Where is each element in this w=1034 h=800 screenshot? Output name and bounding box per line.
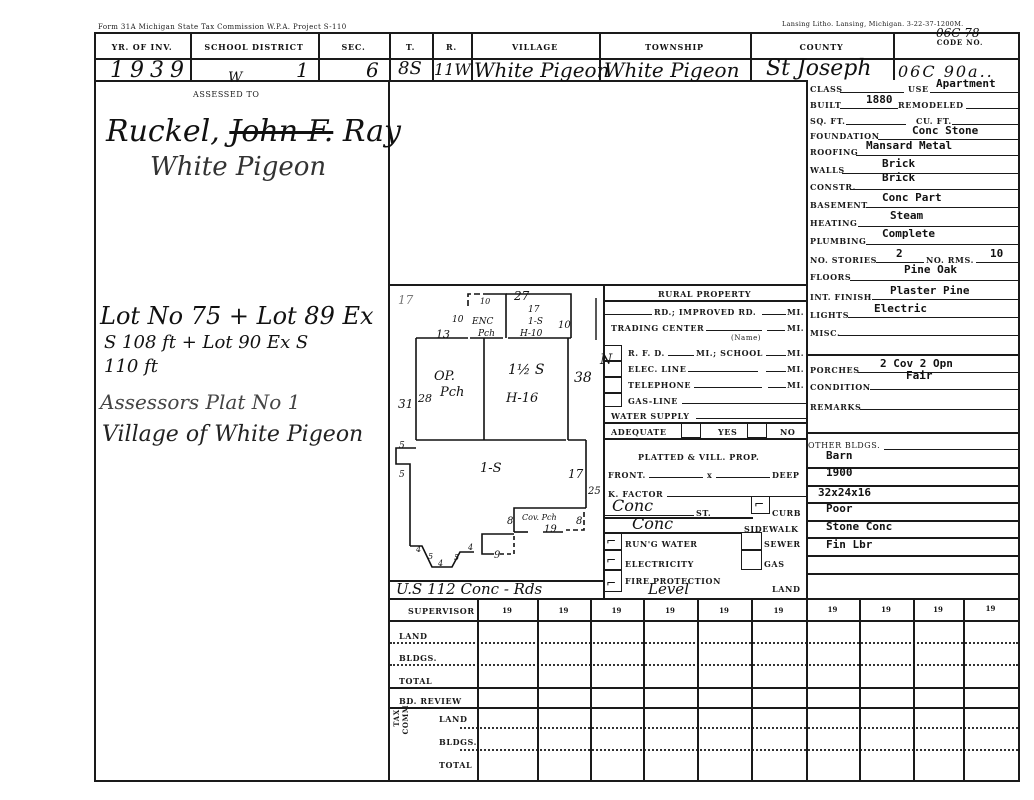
legal-description-line-2: S 108 ft + Lot 90 Ex S <box>104 332 308 353</box>
deep-label: DEEP <box>772 470 800 480</box>
telephone-mi-underline <box>768 387 786 388</box>
svg-text:8: 8 <box>507 516 513 527</box>
header-label-school-district: SCHOOL DISTRICT <box>190 42 318 52</box>
frame-bottom <box>94 780 1020 782</box>
year-column-9: 19 <box>913 605 963 614</box>
adequate-no-checkbox[interactable] <box>747 422 767 438</box>
svg-text:1-S: 1-S <box>480 461 502 476</box>
gas-line-underline <box>682 403 806 404</box>
curb-checkmark-icon: ⌐ <box>754 497 764 511</box>
use-value[interactable]: Apartment <box>936 77 996 90</box>
no-stories-value[interactable]: 2 <box>896 247 903 260</box>
township-number-value[interactable]: 8S <box>398 58 422 79</box>
floors-value[interactable]: Pine Oak <box>904 263 957 276</box>
other-building-line-6[interactable]: Fin Lbr <box>826 538 872 551</box>
valuation-bd-review-bottom <box>388 707 1019 709</box>
valuation-col-divider <box>859 598 861 780</box>
basement-value[interactable]: Conc Part <box>882 191 942 204</box>
floors-label: FLOORS <box>810 272 851 282</box>
trading-center-mi-label: MI. <box>787 323 804 333</box>
school-district-value[interactable]: 1 <box>296 58 309 82</box>
svg-text:8: 8 <box>576 516 582 527</box>
elec-line-mi-underline <box>766 371 786 372</box>
col-divider <box>318 32 320 80</box>
other-building-line-1[interactable]: Barn <box>826 449 853 462</box>
land-label: LAND <box>772 584 800 594</box>
school-label: MI.; SCHOOL <box>696 348 763 358</box>
year-column-4: 19 <box>643 606 697 615</box>
sidewalk-value[interactable]: Conc <box>632 514 673 533</box>
form-number-line: Form 31A Michigan State Tax Commission W… <box>98 23 347 31</box>
remarks-underline <box>860 409 1018 410</box>
valuation-header-divider <box>388 620 1019 622</box>
svg-text:1-S: 1-S <box>528 317 543 327</box>
fire-protection-checkmark-icon: ⌐ <box>606 576 616 590</box>
constr-value[interactable]: Brick <box>882 171 915 184</box>
svg-text:27: 27 <box>513 289 530 303</box>
school-mi-label: MI. <box>787 348 804 358</box>
int-finish-value[interactable]: Plaster Pine <box>890 284 969 297</box>
other-building-line-2[interactable]: 1900 <box>826 466 853 479</box>
sewer-label: SEWER <box>764 539 801 549</box>
sq-ft-label: SQ. FT. <box>810 116 846 126</box>
svg-text:1½ S: 1½ S <box>508 362 545 378</box>
condition-label: CONDITION <box>810 382 871 392</box>
valuation-col-divider <box>697 598 699 780</box>
street-value[interactable]: Conc <box>612 496 653 515</box>
adequate-yes-checkbox[interactable] <box>681 422 701 438</box>
elec-line-underline <box>688 371 758 372</box>
telephone-label: TELEPHONE <box>628 380 691 390</box>
roofing-underline <box>856 155 1018 156</box>
header-label-county: COUNTY <box>750 42 893 52</box>
supervisor-total-label: TOTAL <box>399 676 432 686</box>
svg-text:H-10: H-10 <box>519 329 543 339</box>
svg-text:10: 10 <box>558 320 571 331</box>
svg-text:5: 5 <box>428 552 433 561</box>
year-column-8: 19 <box>859 605 913 614</box>
svg-text:17: 17 <box>528 305 540 315</box>
rd-mi-label: MI. <box>787 307 804 317</box>
supervisor-land-label: LAND <box>399 631 427 641</box>
remodeled-underline <box>966 108 1018 109</box>
heating-value[interactable]: Steam <box>890 209 923 222</box>
lights-value[interactable]: Electric <box>874 302 927 315</box>
other-buildings-underline <box>884 449 1018 450</box>
county-value[interactable]: St Joseph <box>766 56 872 81</box>
owner-given-name: Ray <box>343 114 401 149</box>
class-label: CLASS <box>810 84 843 94</box>
svg-text:10: 10 <box>452 315 464 325</box>
col-divider <box>190 32 192 80</box>
svg-text:4: 4 <box>415 545 421 554</box>
owner-surname: Ruckel, <box>106 114 220 149</box>
svg-text:9: 9 <box>494 550 501 561</box>
svg-text:17: 17 <box>568 467 584 481</box>
sewer-checkbox[interactable] <box>741 532 762 550</box>
foundation-value[interactable]: Conc Stone <box>912 124 978 137</box>
svg-text:5: 5 <box>399 441 405 451</box>
use-label: USE <box>908 84 929 94</box>
adequate-label: ADEQUATE <box>611 427 667 437</box>
col-divider <box>389 32 391 80</box>
sketch-corner-mark: 17 <box>398 293 414 307</box>
trading-center-label: TRADING CENTER <box>611 323 704 333</box>
svg-text:5: 5 <box>399 470 405 480</box>
frame-left <box>94 32 96 782</box>
svg-text:25: 25 <box>587 486 601 497</box>
col-divider <box>471 32 473 80</box>
svg-text:4: 4 <box>467 543 473 552</box>
svg-text:38: 38 <box>574 370 592 386</box>
tax-comm-bldgs-dots <box>460 749 1018 751</box>
legal-description-line-5: Village of White Pigeon <box>102 422 363 447</box>
year-column-7: 19 <box>806 605 859 614</box>
porches-label: PORCHES <box>810 365 860 375</box>
valuation-col-divider <box>590 598 592 780</box>
k-factor-underline <box>667 496 806 497</box>
lights-underline <box>848 317 1018 318</box>
svg-text:Pch: Pch <box>439 385 464 400</box>
curb-divider <box>603 517 753 519</box>
basement-label: BASEMENT <box>810 200 868 210</box>
telephone-underline <box>694 387 762 388</box>
water-supply-label: WATER SUPPLY <box>611 411 690 421</box>
walls-underline <box>842 173 1018 174</box>
int-finish-underline <box>872 299 1018 300</box>
porches-underline <box>858 372 1018 373</box>
valuation-col-divider <box>477 598 479 780</box>
telephone-mi-label: MI. <box>787 380 804 390</box>
no-label: NO <box>780 427 795 437</box>
svg-text:28: 28 <box>417 392 432 405</box>
heating-label: HEATING <box>810 218 857 228</box>
other-building-line-3[interactable]: 32x24x16 <box>818 486 871 499</box>
name-hint: (Name) <box>731 334 761 342</box>
svg-text:ENC: ENC <box>471 317 493 327</box>
built-value[interactable]: 1880 <box>866 93 893 106</box>
improved-rd-underline <box>762 314 786 315</box>
gas-checkbox[interactable] <box>741 550 762 570</box>
no-rms-value[interactable]: 10 <box>990 247 1003 260</box>
land-value[interactable]: Level <box>648 580 689 598</box>
year-column-10: 19 <box>963 604 1018 613</box>
frame-top <box>94 32 1020 34</box>
valuation-top-border <box>388 598 1019 600</box>
rfd-underline <box>668 355 694 356</box>
building-column-divider <box>806 80 808 600</box>
use-underline <box>930 92 1018 93</box>
telephone-checkbox[interactable] <box>603 377 622 393</box>
roofing-value[interactable]: Mansard Metal <box>866 139 952 152</box>
header-label-t: T. <box>389 42 432 52</box>
valuation-col-divider <box>751 598 753 780</box>
plumbing-underline <box>866 244 1018 245</box>
rural-bottom-divider <box>603 438 806 440</box>
gas-line-label: GAS-LINE <box>628 396 678 406</box>
condition-value[interactable]: Fair <box>906 369 933 382</box>
header-label-village: VILLAGE <box>471 42 599 52</box>
water-supply-underline <box>696 418 806 419</box>
tax-comm-label: TAX COMM. <box>392 696 410 740</box>
gas-label: GAS <box>764 559 785 569</box>
plumbing-label: PLUMBING <box>810 236 866 246</box>
valuation-col-divider <box>963 598 965 780</box>
township-value[interactable]: White Pigeon <box>604 58 739 82</box>
valuation-col-divider <box>806 598 808 780</box>
rfd-label: R. F. D. <box>628 348 665 358</box>
col-divider <box>750 32 752 80</box>
school-underline <box>766 355 786 356</box>
int-finish-label: INT. FINISH <box>810 292 872 302</box>
misc-label: MISC. <box>810 328 840 338</box>
village-value[interactable]: White Pigeon <box>474 58 609 82</box>
walls-label: WALLS <box>810 165 845 175</box>
front-underline <box>649 477 703 478</box>
range-value[interactable]: 11W <box>434 60 471 79</box>
other-bldgs-line <box>806 573 1018 575</box>
rfd-checkbox[interactable] <box>603 345 622 361</box>
other-bldgs-line <box>806 555 1018 557</box>
tax-comm-total-label: TOTAL <box>439 760 472 770</box>
deep-underline <box>716 477 770 478</box>
electricity-label: ELECTRICITY <box>625 559 694 569</box>
lights-label: LIGHTS <box>810 310 849 320</box>
constr-label: CONSTR. <box>810 182 856 192</box>
basement-underline <box>866 207 1018 208</box>
curb-label: CURB <box>772 508 801 518</box>
legal-description-line-1: Lot No 75 + Lot 89 Ex <box>100 302 374 330</box>
header-label-sec: SEC. <box>318 42 389 52</box>
x-label: x <box>707 470 712 480</box>
svg-text:31: 31 <box>398 397 413 411</box>
code-no-previous-value: 06C 78 <box>936 26 980 40</box>
trading-center-underline <box>706 330 762 331</box>
rural-property-title: RURAL PROPERTY <box>658 289 751 299</box>
svg-text:19: 19 <box>544 524 557 535</box>
rd-underline <box>604 314 652 315</box>
adequate-divider <box>603 422 806 424</box>
assessed-to-name[interactable]: Ruckel, John F. Ray <box>106 114 401 149</box>
built-underline <box>840 108 898 109</box>
plumbing-value[interactable]: Complete <box>882 227 935 240</box>
legal-description-line-3: 110 ft <box>104 356 158 377</box>
front-label: FRONT. <box>608 470 646 480</box>
valuation-col-divider <box>537 598 539 780</box>
walls-value[interactable]: Brick <box>882 157 915 170</box>
year-column-6: 19 <box>751 606 806 615</box>
school-district-mark: W <box>228 70 242 86</box>
frame-right <box>1018 32 1020 782</box>
valuation-col-divider <box>643 598 645 780</box>
elec-line-checkbox[interactable] <box>603 361 622 377</box>
misc-underline <box>838 335 1018 336</box>
other-building-line-4[interactable]: Poor <box>826 502 853 515</box>
header-label-yr-of-inv: YR. OF INV. <box>94 42 190 52</box>
condition-underline <box>870 389 1018 390</box>
supervisor-label: SUPERVISOR <box>408 606 475 616</box>
yes-label: YES <box>718 427 737 437</box>
sq-ft-underline <box>846 124 906 125</box>
valuation-col-divider <box>913 598 915 780</box>
built-label: BUILT <box>810 100 841 110</box>
svg-text:H-16: H-16 <box>505 391 538 406</box>
year-column-2: 19 <box>537 606 590 615</box>
supervisor-land-dots <box>390 642 1018 644</box>
svg-text:10: 10 <box>480 297 490 306</box>
electricity-checkmark-icon: ⌐ <box>606 553 616 567</box>
running-water-label: RUN'G WATER <box>625 539 698 549</box>
elec-line-label: ELEC. LINE <box>628 364 686 374</box>
tax-comm-land-label: LAND <box>439 714 467 724</box>
rural-title-divider <box>603 300 806 302</box>
gas-line-checkbox[interactable] <box>603 393 622 407</box>
elec-line-mi-label: MI. <box>787 364 804 374</box>
svg-text:5: 5 <box>454 553 459 562</box>
no-rms-underline <box>976 262 1018 263</box>
header-label-township: TOWNSHIP <box>599 42 750 52</box>
tax-comm-land-dots <box>460 727 1018 729</box>
year-column-1: 19 <box>477 606 537 615</box>
floors-underline <box>850 280 1018 281</box>
remarks-divider <box>806 432 1018 434</box>
header-label-r: R. <box>432 42 471 52</box>
floor-plan-sketch: 17 27 10 10 ENC Pch 17 1-S H-10 10 13 OP… <box>388 284 604 580</box>
constr-underline <box>850 189 1018 190</box>
tax-comm-bldgs-label: BLDGS. <box>439 737 477 747</box>
section-value[interactable]: 6 <box>366 58 379 82</box>
svg-text:Cov. Pch: Cov. Pch <box>522 513 557 522</box>
supervisor-bldgs-label: BLDGS. <box>399 653 437 663</box>
rd-improved-label: RD.; IMPROVED RD. <box>654 307 756 317</box>
other-building-line-5[interactable]: Stone Conc <box>826 520 892 533</box>
legal-description-line-4: Assessors Plat No 1 <box>100 390 300 414</box>
sidewalk-divider <box>603 532 741 534</box>
svg-text:Pch: Pch <box>477 329 495 339</box>
misc-divider <box>806 354 1018 356</box>
supervisor-bldgs-dots <box>390 664 1018 666</box>
year-column-3: 19 <box>590 606 643 615</box>
svg-text:4: 4 <box>437 559 443 568</box>
year-of-inventory-value[interactable]: 1939 <box>110 58 190 83</box>
roofing-label: ROOFING <box>810 147 858 157</box>
trading-center-mi-underline <box>767 330 785 331</box>
valuation-supervisor-bottom <box>388 687 1019 689</box>
svg-text:13: 13 <box>436 328 450 341</box>
remarks-label: REMARKS <box>810 402 861 412</box>
platted-title: PLATTED & VILL. PROP. <box>638 452 759 462</box>
road-note: U.S 112 Conc - Rds <box>396 580 542 598</box>
assessed-to-location[interactable]: White Pigeon <box>150 152 326 182</box>
remodeled-label: REMODELED <box>898 100 964 110</box>
year-column-5: 19 <box>697 606 751 615</box>
svg-text:OP.: OP. <box>434 369 455 384</box>
running-water-checkmark-icon: ⌐ <box>606 534 616 548</box>
assessed-to-label: ASSESSED TO <box>193 90 260 99</box>
no-stories-label: NO. STORIES <box>810 255 877 265</box>
col-divider <box>893 32 895 80</box>
struck-owner-name: John F. <box>229 114 333 149</box>
